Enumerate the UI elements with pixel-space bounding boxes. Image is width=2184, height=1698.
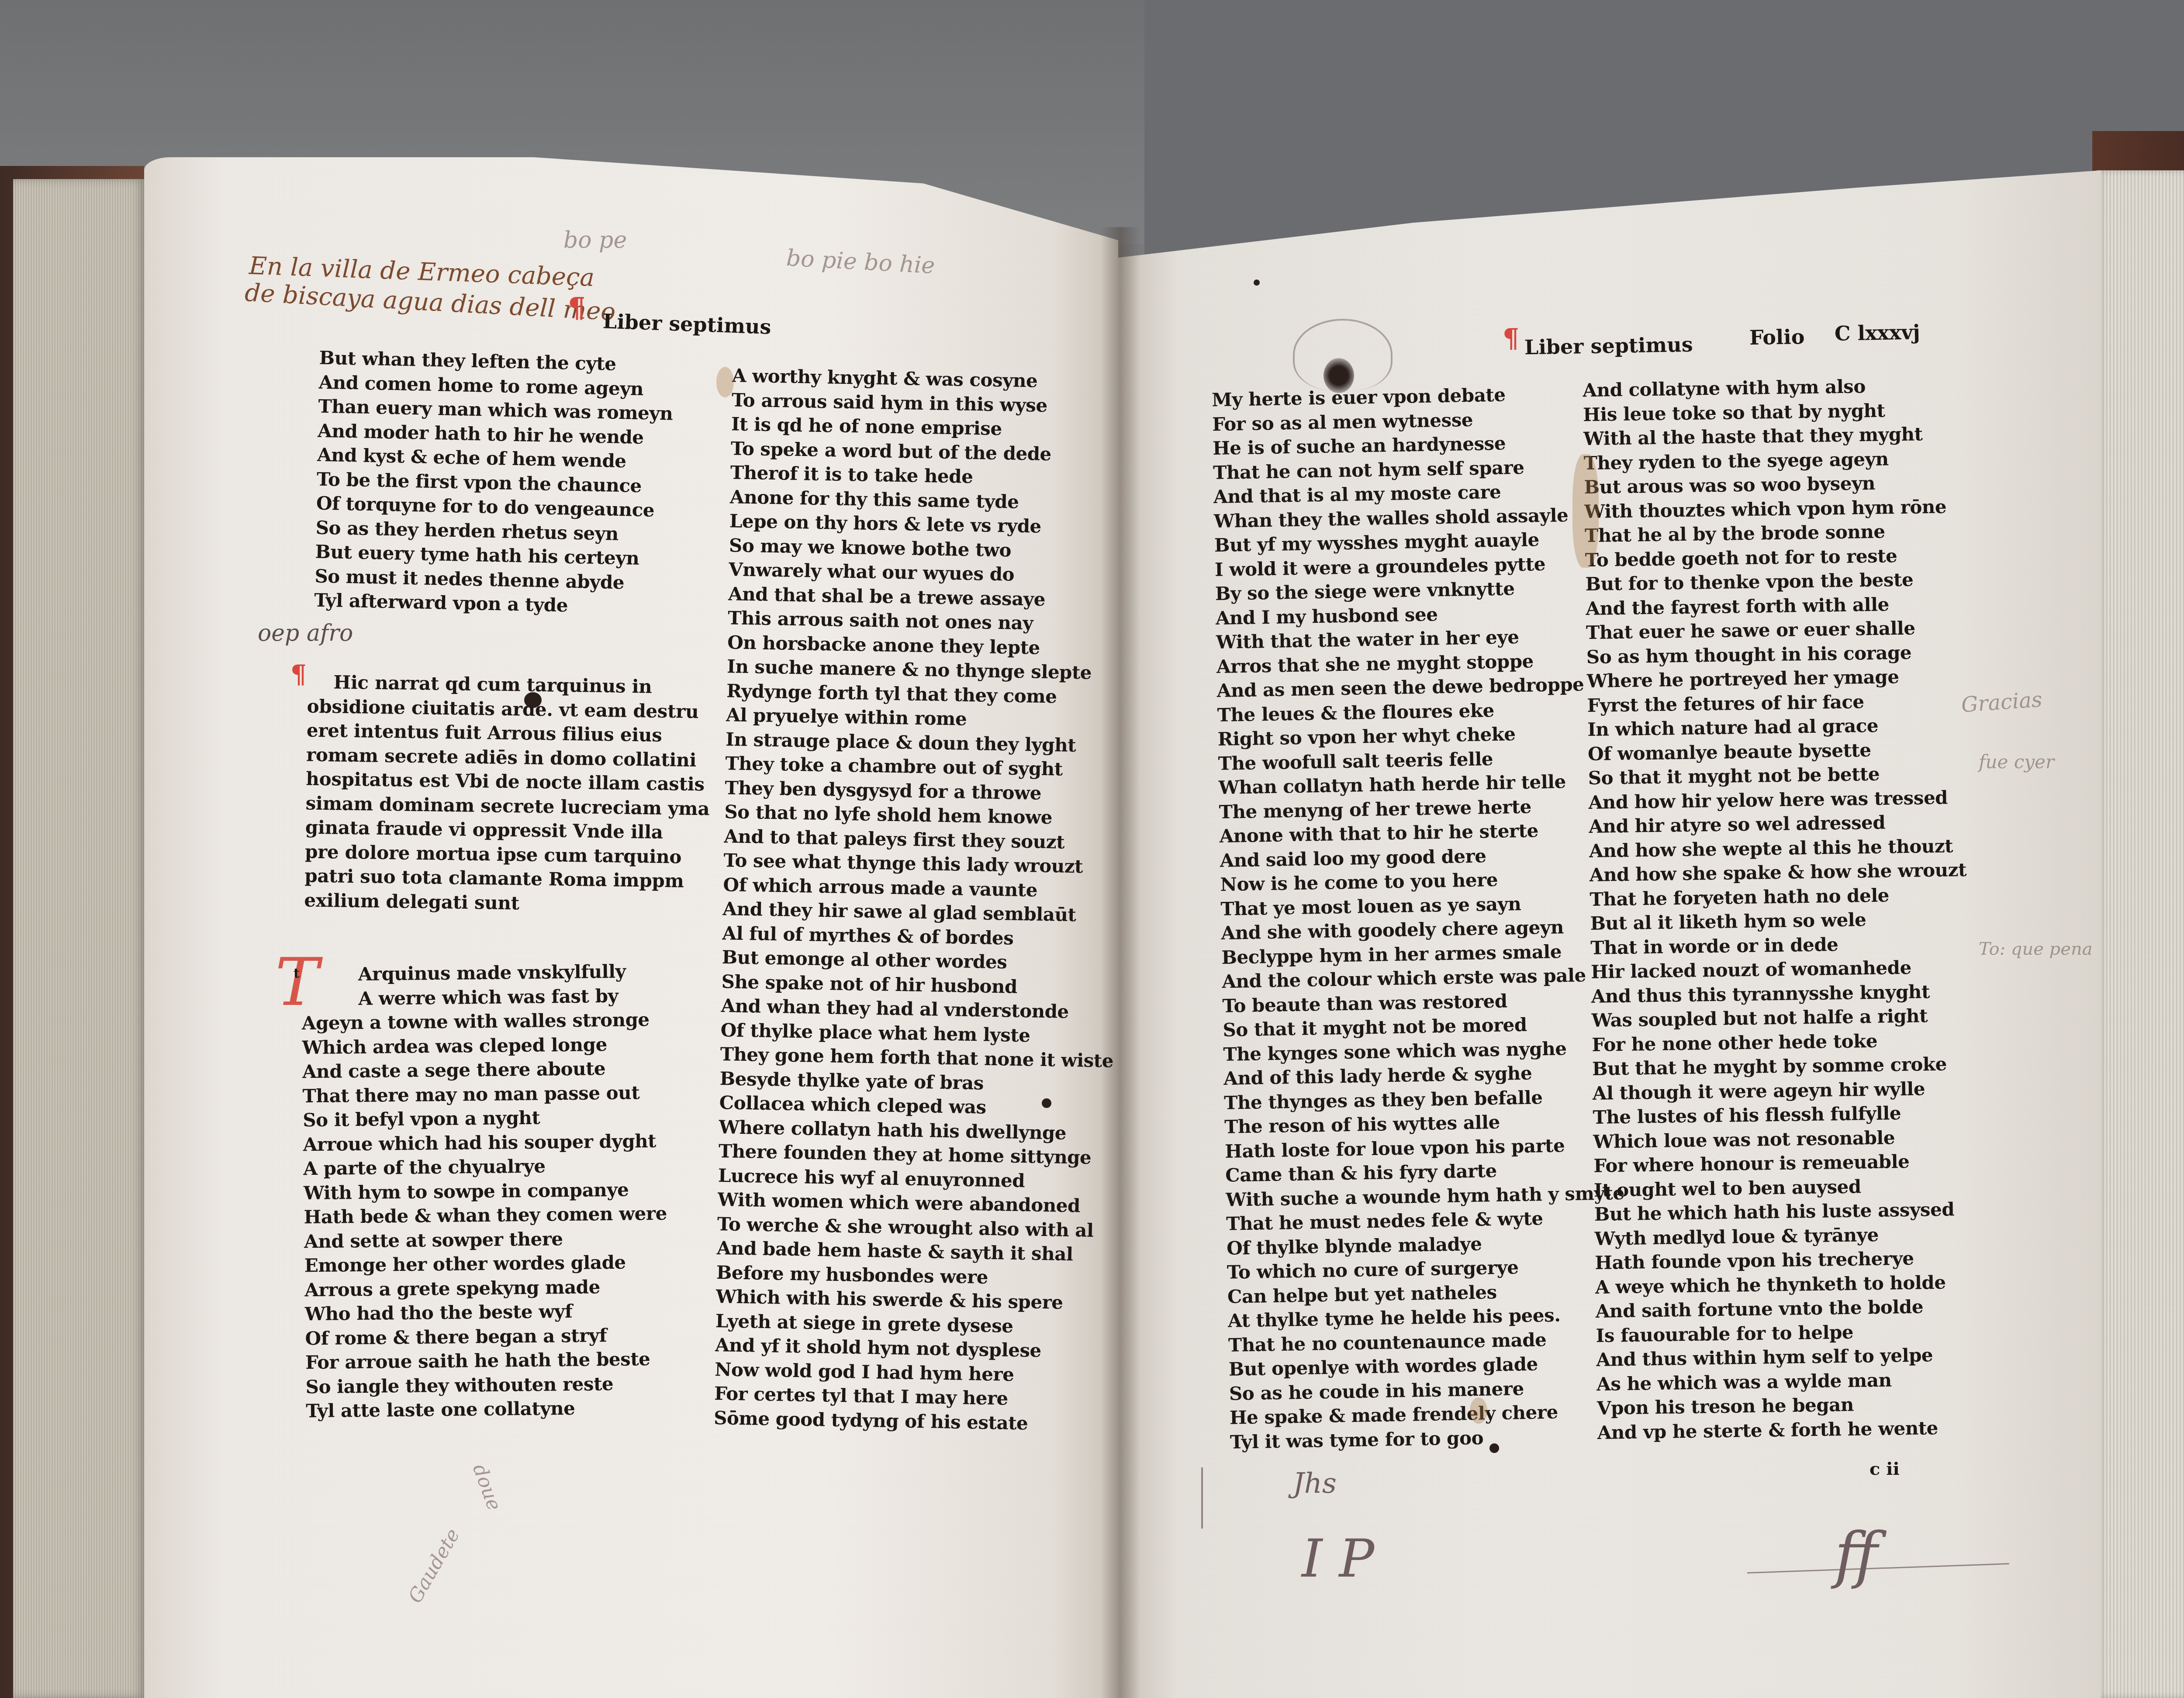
rubric-pilcrow-icon: ¶ [568, 292, 586, 324]
signature-mark: c ii [1870, 1459, 1900, 1479]
marginalia-right-2: fue cyer [1979, 751, 2054, 773]
stain [1572, 454, 1599, 568]
folio-number: C lxxxvj [1835, 320, 1921, 345]
verse-line: Arroue which had his souper dyght [303, 1129, 667, 1156]
left-col2: A worthy knyght & was cosyne To arrous s… [714, 363, 1126, 1436]
verse-line: So it befyl vpon a nyght [303, 1104, 666, 1132]
verse-line: Of rome & there began a stryf [305, 1322, 668, 1350]
stain [716, 367, 734, 397]
marginalia-bottom-right-2: I P [1302, 1529, 1374, 1589]
marginalia-top-1: bo pe [563, 227, 627, 253]
verse-line: Hath bede & whan they comen were [304, 1201, 667, 1229]
marginalia-bottom-right-1: Jhs [1293, 1467, 1337, 1500]
verse-line: Arquinus made vnskylfully [301, 959, 665, 987]
right-col1: My herte is euer vpon debate For so as a… [1212, 381, 1629, 1454]
folio-label: Folio [1749, 325, 1805, 349]
left-col1-verse-a: But whan they leften the cyte And comen … [314, 346, 674, 620]
page-edges-left [13, 179, 144, 1698]
verse-line: A parte of the chyualrye [303, 1153, 667, 1181]
verse-line: For arroue saith he hath the beste [305, 1347, 669, 1375]
verse-line: Who had tho the beste wyf [305, 1298, 668, 1326]
verse-line: A werre which was fast by [301, 983, 665, 1011]
ink-spot [524, 692, 542, 708]
marginal-note-mid: oep afro [258, 620, 353, 646]
pen-stroke [1201, 1467, 1203, 1529]
page-edges-right [2097, 170, 2184, 1698]
marginalia-bottom-right-3: ff [1835, 1520, 1878, 1591]
verse-line: Ageyn a towne with walles stronge [302, 1008, 665, 1035]
ink-spot [1254, 280, 1260, 286]
left-col1-verse-b: Arquinus made vnskylfully A werre which … [301, 959, 669, 1423]
rubric-pilcrow-icon: ¶ [1503, 323, 1519, 354]
ink-spot [1042, 1098, 1051, 1108]
stain [1470, 1398, 1487, 1424]
running-head-right: Liber septimus [1524, 333, 1693, 359]
verse-line: That there may no man passe out [302, 1080, 666, 1108]
verse-line: Emonge her other wordes glade [304, 1250, 667, 1278]
verse-line: Which ardea was cleped longe [302, 1032, 665, 1060]
latin-gloss: Hic narrat qd cum tarquinus in obsidione… [304, 670, 711, 918]
marginalia-right-3: To: que pena [1979, 939, 2093, 959]
ink-spot [1489, 1443, 1499, 1453]
verse-line: With hym to sowpe in companye [304, 1177, 667, 1205]
initial-guide-letter: t [294, 966, 300, 981]
verse-line: So iangle they withouten reste [305, 1371, 669, 1399]
verse-line: Tyl atte laste one collatyne [306, 1395, 669, 1423]
verse-line: And sette at sowper there [304, 1225, 667, 1253]
rubric-pilcrow-icon: ¶ [290, 659, 307, 689]
verse-line: Arrous a grete spekyng made [304, 1274, 668, 1302]
right-col2: And collatyne with hym also His leue tok… [1583, 373, 1974, 1445]
verse-line: And caste a sege there aboute [302, 1056, 666, 1084]
